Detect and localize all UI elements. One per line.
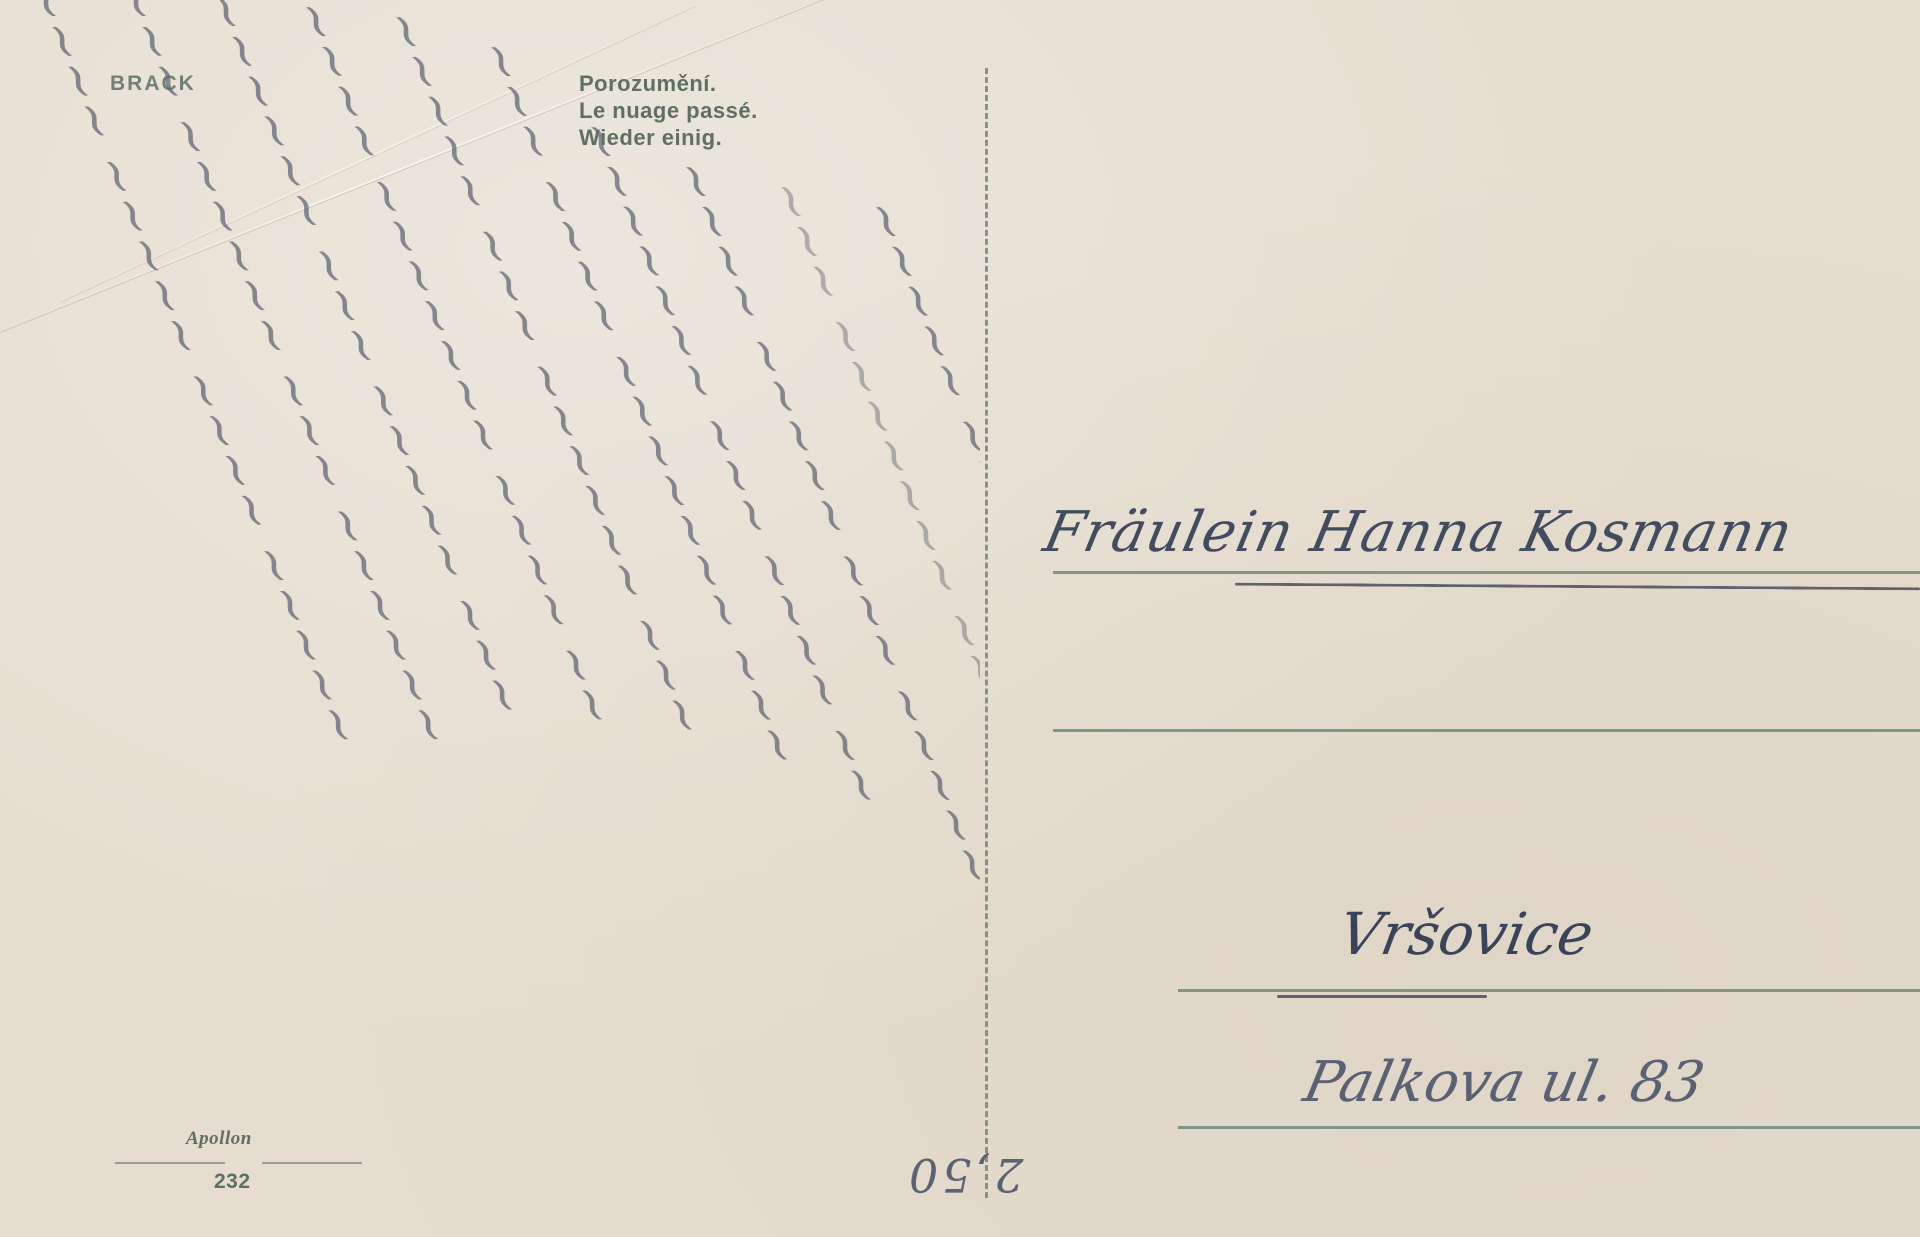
recipient-street: Palkova ul. 83 — [1298, 1050, 1710, 1115]
caption-french: Le nuage passé. — [579, 97, 758, 124]
address-line-1 — [1053, 571, 1920, 574]
postcard-back: ~~~~ ~~~~~ ~~~~ ~~~~~ ~~~ ~~~~~~ ~~~ ~~~… — [0, 0, 1920, 1237]
center-divider — [985, 68, 988, 1198]
caption-czech: Porozumění. — [579, 70, 758, 97]
address-line-3 — [1178, 989, 1920, 992]
publisher-rule — [115, 1162, 225, 1164]
recipient-city: Vršovice — [1334, 900, 1598, 968]
series-number: 232 — [214, 1170, 251, 1194]
city-pen-underline — [1277, 995, 1487, 998]
name-pen-underline — [1235, 583, 1920, 591]
caption-german: Wieder einig. — [579, 124, 758, 151]
publisher-name: Apollon — [186, 1128, 252, 1150]
recipient-name: Fräulein Hanna Kosmann — [1038, 500, 1799, 565]
address-line-2 — [1053, 729, 1920, 732]
card-title: BRACK — [110, 72, 196, 96]
pencil-price-mark: 2,50 — [905, 1148, 1023, 1202]
card-caption: Porozumění. Le nuage passé. Wieder einig… — [579, 70, 758, 151]
address-line-4 — [1178, 1126, 1920, 1129]
publisher-rule — [262, 1162, 362, 1164]
handwritten-message: ~~~~ ~~~~~ ~~~~ ~~~~~ ~~~ ~~~~~~ ~~~ ~~~… — [0, 0, 980, 1237]
